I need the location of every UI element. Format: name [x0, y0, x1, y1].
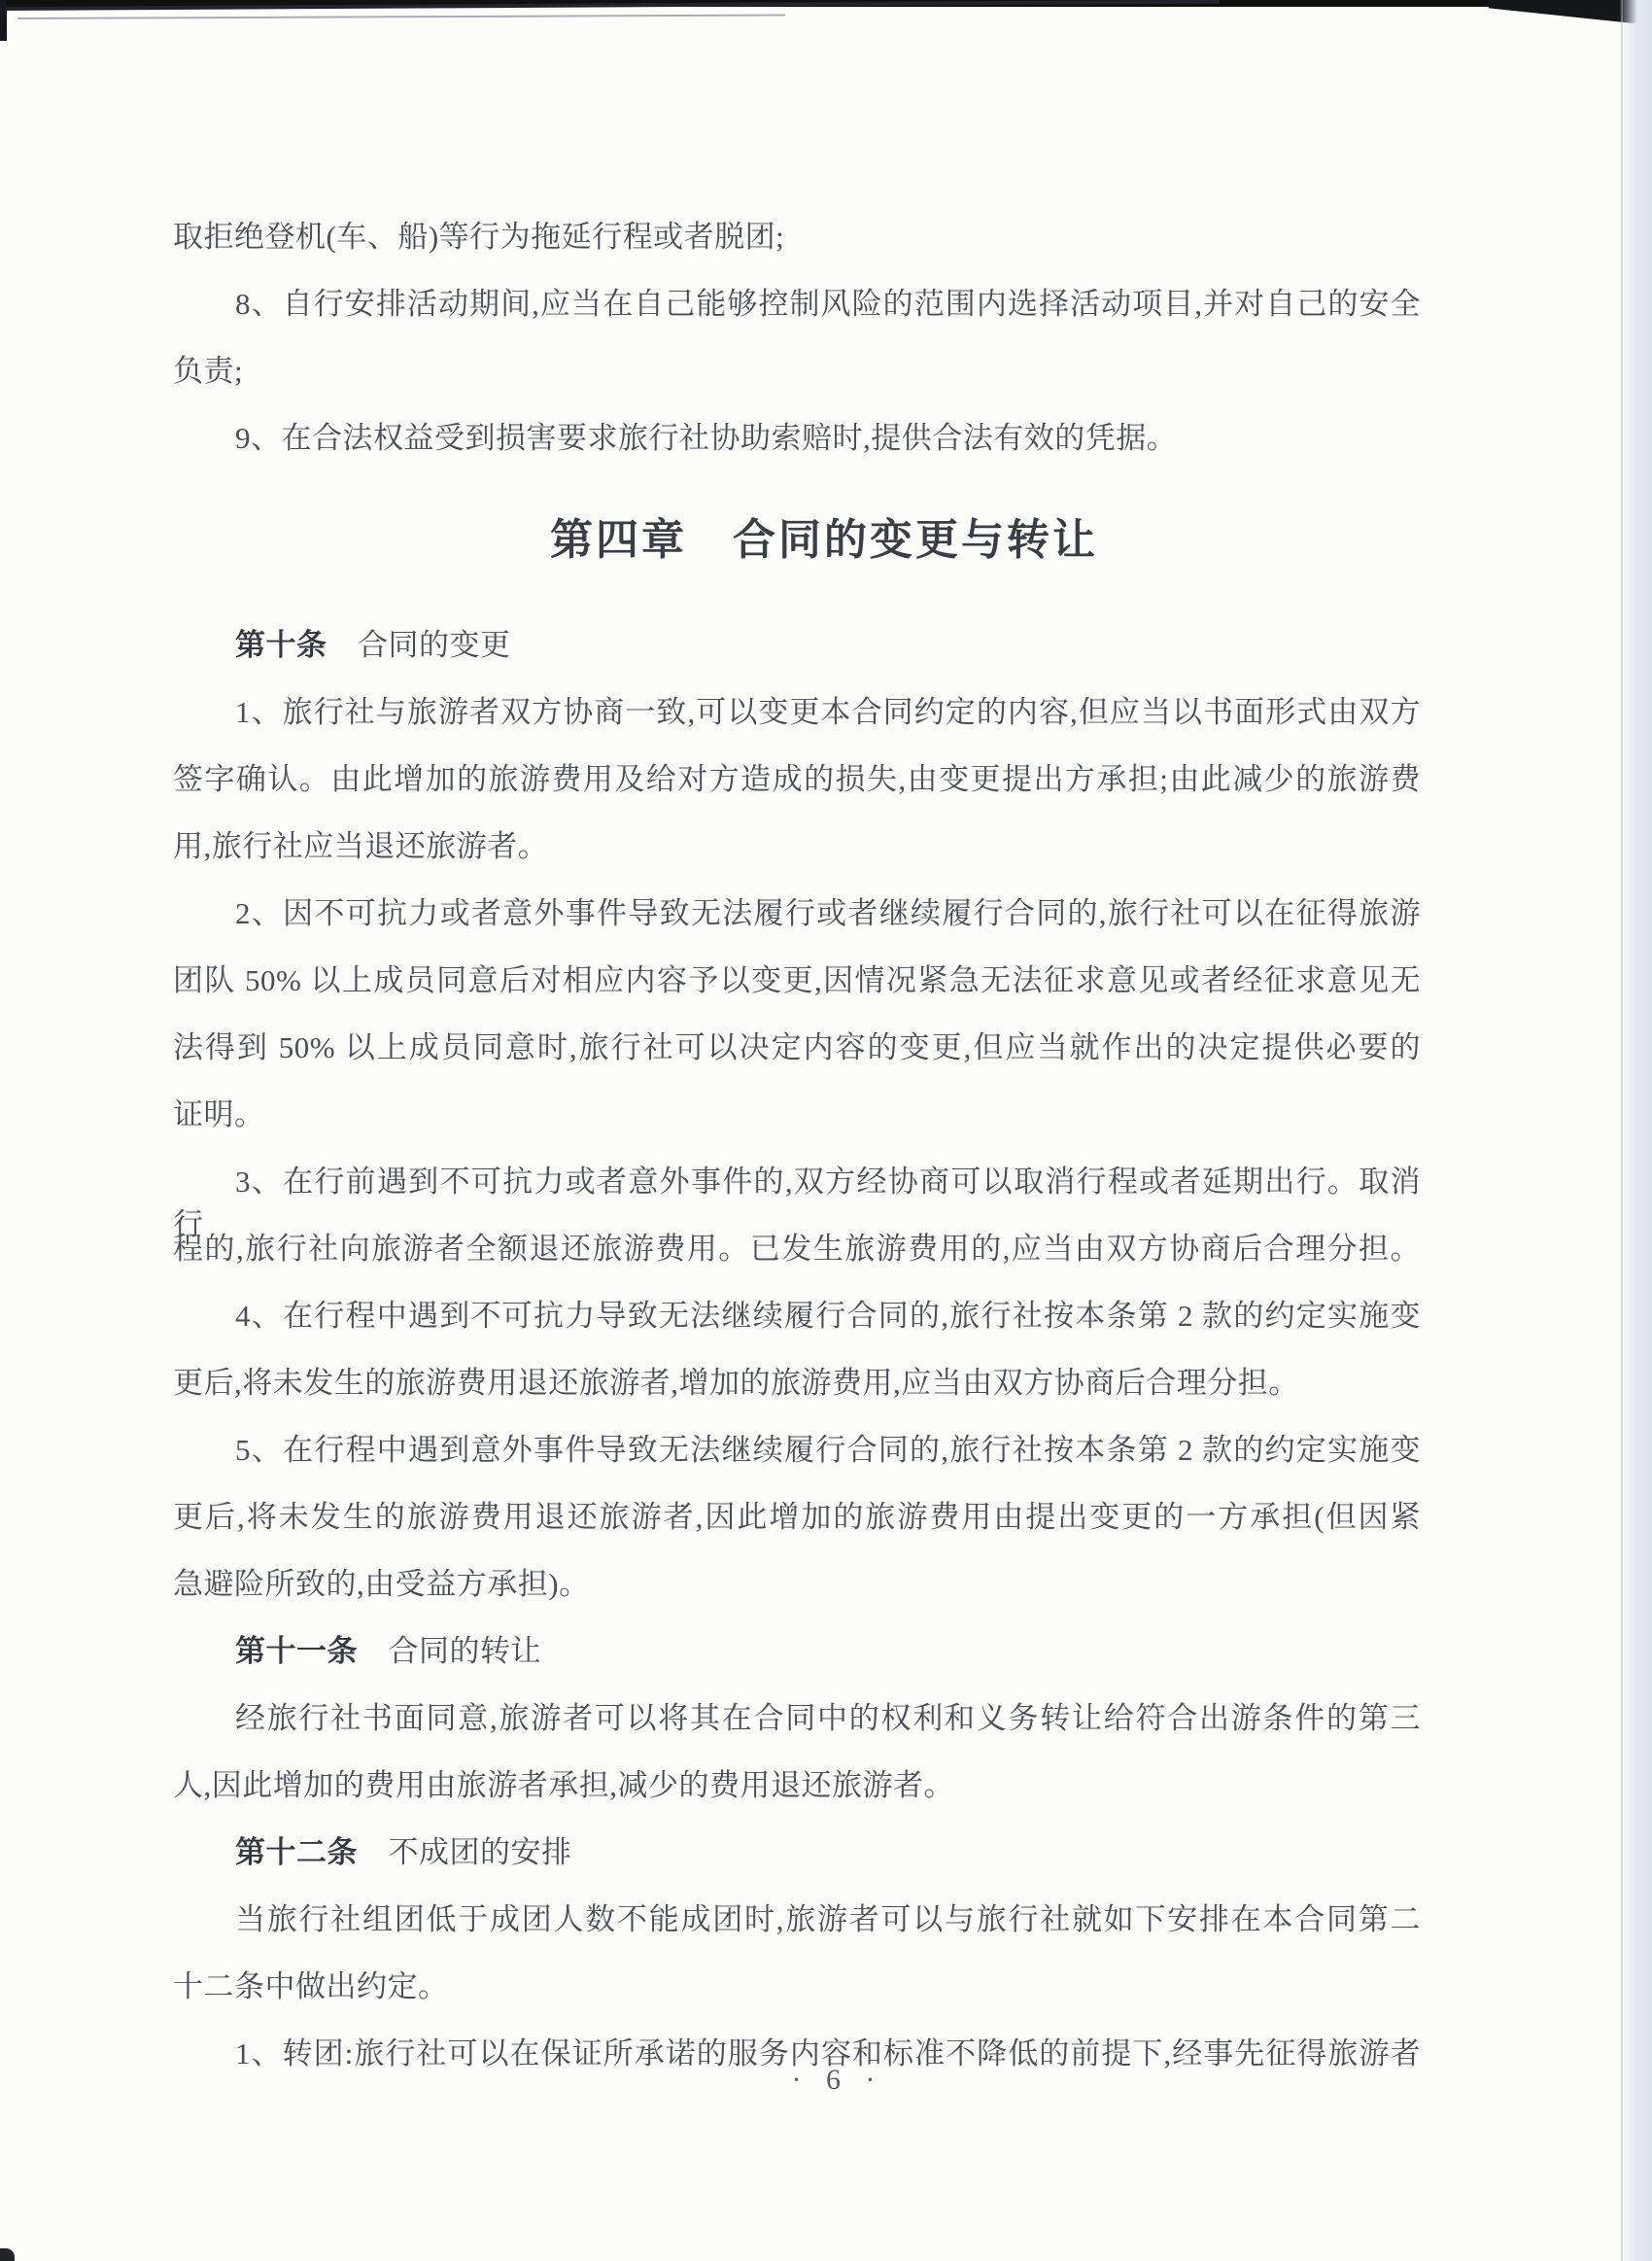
text-line: 团队 50% 以上成员同意后对相应内容予以变更,因情况紧急无法征求意见或者经征求…	[173, 959, 1421, 1002]
text-line: 当旅行社组团低于成团人数不能成团时,旅游者可以与旅行社就如下安排在本合同第二	[173, 1898, 1421, 1941]
text-segment: 4、在行程中遇到不可抗力导致无法继续履行合同的,旅行社按本条第 2 款的约定实施…	[235, 1299, 1421, 1333]
text-line: 第十二条 不成团的安排	[173, 1831, 1421, 1874]
scan-edge-top-thin-line	[17, 15, 785, 19]
text-line: 4、在行程中遇到不可抗力导致无法继续履行合同的,旅行社按本条第 2 款的约定实施…	[173, 1295, 1421, 1338]
text-segment: 负责;	[173, 354, 243, 388]
text-line: 更后,将未发生的旅游费用退还旅游者,增加的旅游费用,应当由双方协商后合理分担。	[173, 1362, 1421, 1405]
text-line: 1、旅行社与旅游者双方协商一致,可以变更本合同约定的内容,但应当以书面形式由双方	[173, 691, 1421, 734]
text-line: 负责;	[173, 350, 1421, 393]
scan-edge-right-band	[1619, 0, 1652, 2261]
text-segment: 合同的变更	[327, 628, 511, 662]
page-number: · 6 ·	[214, 2061, 1462, 2100]
text-segment: 团队 50% 以上成员同意后对相应内容予以变更,因情况紧急无法征求意见或者经征求…	[173, 963, 1421, 997]
text-line: 2、因不可抗力或者意外事件导致无法履行或者继续履行合同的,旅行社可以在征得旅游	[173, 892, 1421, 935]
text-line: 人,因此增加的费用由旅游者承担,减少的费用退还旅游者。	[173, 1764, 1421, 1807]
text-segment: 2、因不可抗力或者意外事件导致无法履行或者继续履行合同的,旅行社可以在征得旅游	[235, 896, 1421, 930]
text-segment: 5、在行程中遇到意外事件导致无法继续履行合同的,旅行社按本条第 2 款的约定实施…	[235, 1433, 1421, 1467]
text-segment: 合同的转让	[358, 1634, 541, 1668]
chapter-heading: 第四章 合同的变更与转让	[200, 513, 1448, 568]
text-line: 用,旅行社应当退还旅游者。	[173, 825, 1421, 868]
text-segment: 程的,旅行社向旅游者全额退还旅游费用。已发生旅游费用的,应当由双方协商后合理分担…	[173, 1232, 1421, 1266]
text-segment: 签字确认。由此增加的旅游费用及给对方造成的损失,由变更提出方承担;由此减少的旅游…	[173, 762, 1421, 796]
article-number: 第十二条	[235, 1835, 358, 1869]
text-line: 十二条中做出约定。	[173, 1965, 1421, 2008]
text-segment: 8、自行安排活动期间,应当在自己能够控制风险的范围内选择活动项目,并对自己的安全	[235, 287, 1421, 321]
text-line: 8、自行安排活动期间,应当在自己能够控制风险的范围内选择活动项目,并对自己的安全	[173, 283, 1421, 326]
scan-edge-left-nub	[0, 0, 7, 41]
text-line: 9、在合法权益受到损害要求旅行社协助索赔时,提供合法有效的凭据。	[173, 417, 1421, 460]
text-segment: 更后,将未发生的旅游费用退还旅游者,增加的旅游费用,应当由双方协商后合理分担。	[173, 1366, 1299, 1400]
article-number: 第十一条	[235, 1634, 358, 1668]
text-segment: 急避险所致的,由受益方承担)。	[173, 1567, 590, 1601]
text-line: 程的,旅行社向旅游者全额退还旅游费用。已发生旅游费用的,应当由双方协商后合理分担…	[173, 1228, 1421, 1270]
text-segment: 十二条中做出约定。	[173, 1969, 449, 2003]
text-segment: 人,因此增加的费用由旅游者承担,减少的费用退还旅游者。	[173, 1768, 954, 1802]
text-segment: 9、在合法权益受到损害要求旅行社协助索赔时,提供合法有效的凭据。	[235, 421, 1177, 455]
text-segment: 当旅行社组团低于成团人数不能成团时,旅游者可以与旅行社就如下安排在本合同第二	[235, 1902, 1421, 1936]
text-line: 取拒绝登机(车、船)等行为拖延行程或者脱团;	[173, 216, 1421, 259]
text-line: 更后,将未发生的旅游费用退还旅游者,因此增加的旅游费用由提出变更的一方承担(但因…	[173, 1496, 1421, 1539]
text-segment: 不成团的安排	[358, 1835, 572, 1869]
article-number: 第十条	[235, 628, 327, 662]
text-segment: 用,旅行社应当退还旅游者。	[173, 829, 548, 863]
text-line: 3、在行前遇到不可抗力或者意外事件的,双方经协商可以取消行程或者延期出行。取消行	[173, 1161, 1421, 1203]
text-segment: 1、旅行社与旅游者双方协商一致,可以变更本合同约定的内容,但应当以书面形式由双方	[235, 695, 1421, 729]
text-line: 经旅行社书面同意,旅游者可以将其在合同中的权利和义务转让给符合出游条件的第三	[173, 1697, 1421, 1740]
text-line: 急避险所致的,由受益方承担)。	[173, 1563, 1421, 1606]
scan-edge-bottom-left-nub	[0, 2248, 15, 2261]
text-line: 第十一条 合同的转让	[173, 1630, 1421, 1673]
text-segment: 更后,将未发生的旅游费用退还旅游者,因此增加的旅游费用由提出变更的一方承担(但因…	[173, 1500, 1421, 1534]
text-line: 法得到 50% 以上成员同意时,旅行社可以决定内容的变更,但应当就作出的决定提供…	[173, 1026, 1421, 1069]
text-line: 第十条 合同的变更	[173, 624, 1421, 667]
text-line: 证明。	[173, 1094, 1421, 1136]
text-line: 签字确认。由此增加的旅游费用及给对方造成的损失,由变更提出方承担;由此减少的旅游…	[173, 758, 1421, 801]
text-segment: 取拒绝登机(车、船)等行为拖延行程或者脱团;	[173, 220, 784, 254]
text-line: 5、在行程中遇到意外事件导致无法继续履行合同的,旅行社按本条第 2 款的约定实施…	[173, 1429, 1421, 1472]
text-segment: 证明。	[173, 1097, 265, 1131]
text-segment: 经旅行社书面同意,旅游者可以将其在合同中的权利和义务转让给符合出游条件的第三	[235, 1701, 1421, 1735]
text-segment: 法得到 50% 以上成员同意时,旅行社可以决定内容的变更,但应当就作出的决定提供…	[173, 1030, 1421, 1064]
scanned-contract-page: 第四章 合同的变更与转让 取拒绝登机(车、船)等行为拖延行程或者脱团;8、自行安…	[0, 0, 1652, 2261]
